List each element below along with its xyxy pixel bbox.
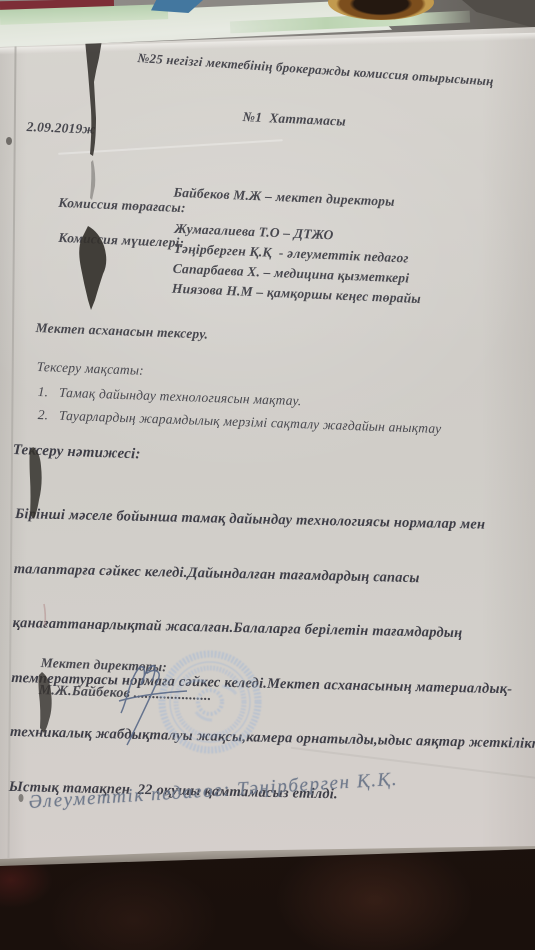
desk-surface xyxy=(462,0,535,30)
commission-members-block: Комиссия мүшелері: Жумагалиева Т.О – ДТЖ… xyxy=(34,213,517,323)
document-date: 2.09.2019ж xyxy=(26,119,95,138)
photographed-document: №25 негізгі мектебінің брокеражды комисс… xyxy=(0,0,535,950)
commission-chair-label: Комиссия төрағасы: xyxy=(58,195,186,215)
results-heading: Тексеру нәтижесі: xyxy=(12,442,140,463)
document-title: №25 негізгі мектебінің брокеражды комисс… xyxy=(137,50,494,90)
results-line: Бірінші мәселе бойынша тамақ дайындау те… xyxy=(15,506,535,539)
purpose-item: 2. Тауарлардың жарамдылық мерзімі сақтал… xyxy=(37,407,441,437)
results-line: қанағаттанарлықтай жасалған.Балаларға бе… xyxy=(12,615,535,648)
results-line: талаптарға сәйкес келеді.Дайындалған тағ… xyxy=(14,561,535,594)
commission-member: Жумагалиева Т.О – ДТЖО xyxy=(174,221,334,244)
commission-chair-value: Байбеков М.Ж – мектеп директоры xyxy=(173,185,395,210)
purpose-item: 1. Тамақ дайындау технологиясын мақтау. xyxy=(37,384,301,409)
results-line: техникалық жабдықталуы жақсы,камера орна… xyxy=(10,724,535,757)
purpose-heading: Тексеру мақсаты: xyxy=(36,359,144,379)
document-page: №25 негізгі мектебінің брокеражды комисс… xyxy=(0,0,535,950)
paper-crease xyxy=(58,139,283,155)
commission-members-label: Комиссия мүшелері: xyxy=(58,230,184,250)
protocol-number: №1 Хаттамасы xyxy=(242,109,346,130)
inspection-subject: Мектеп асханасын тексеру. xyxy=(35,320,208,343)
